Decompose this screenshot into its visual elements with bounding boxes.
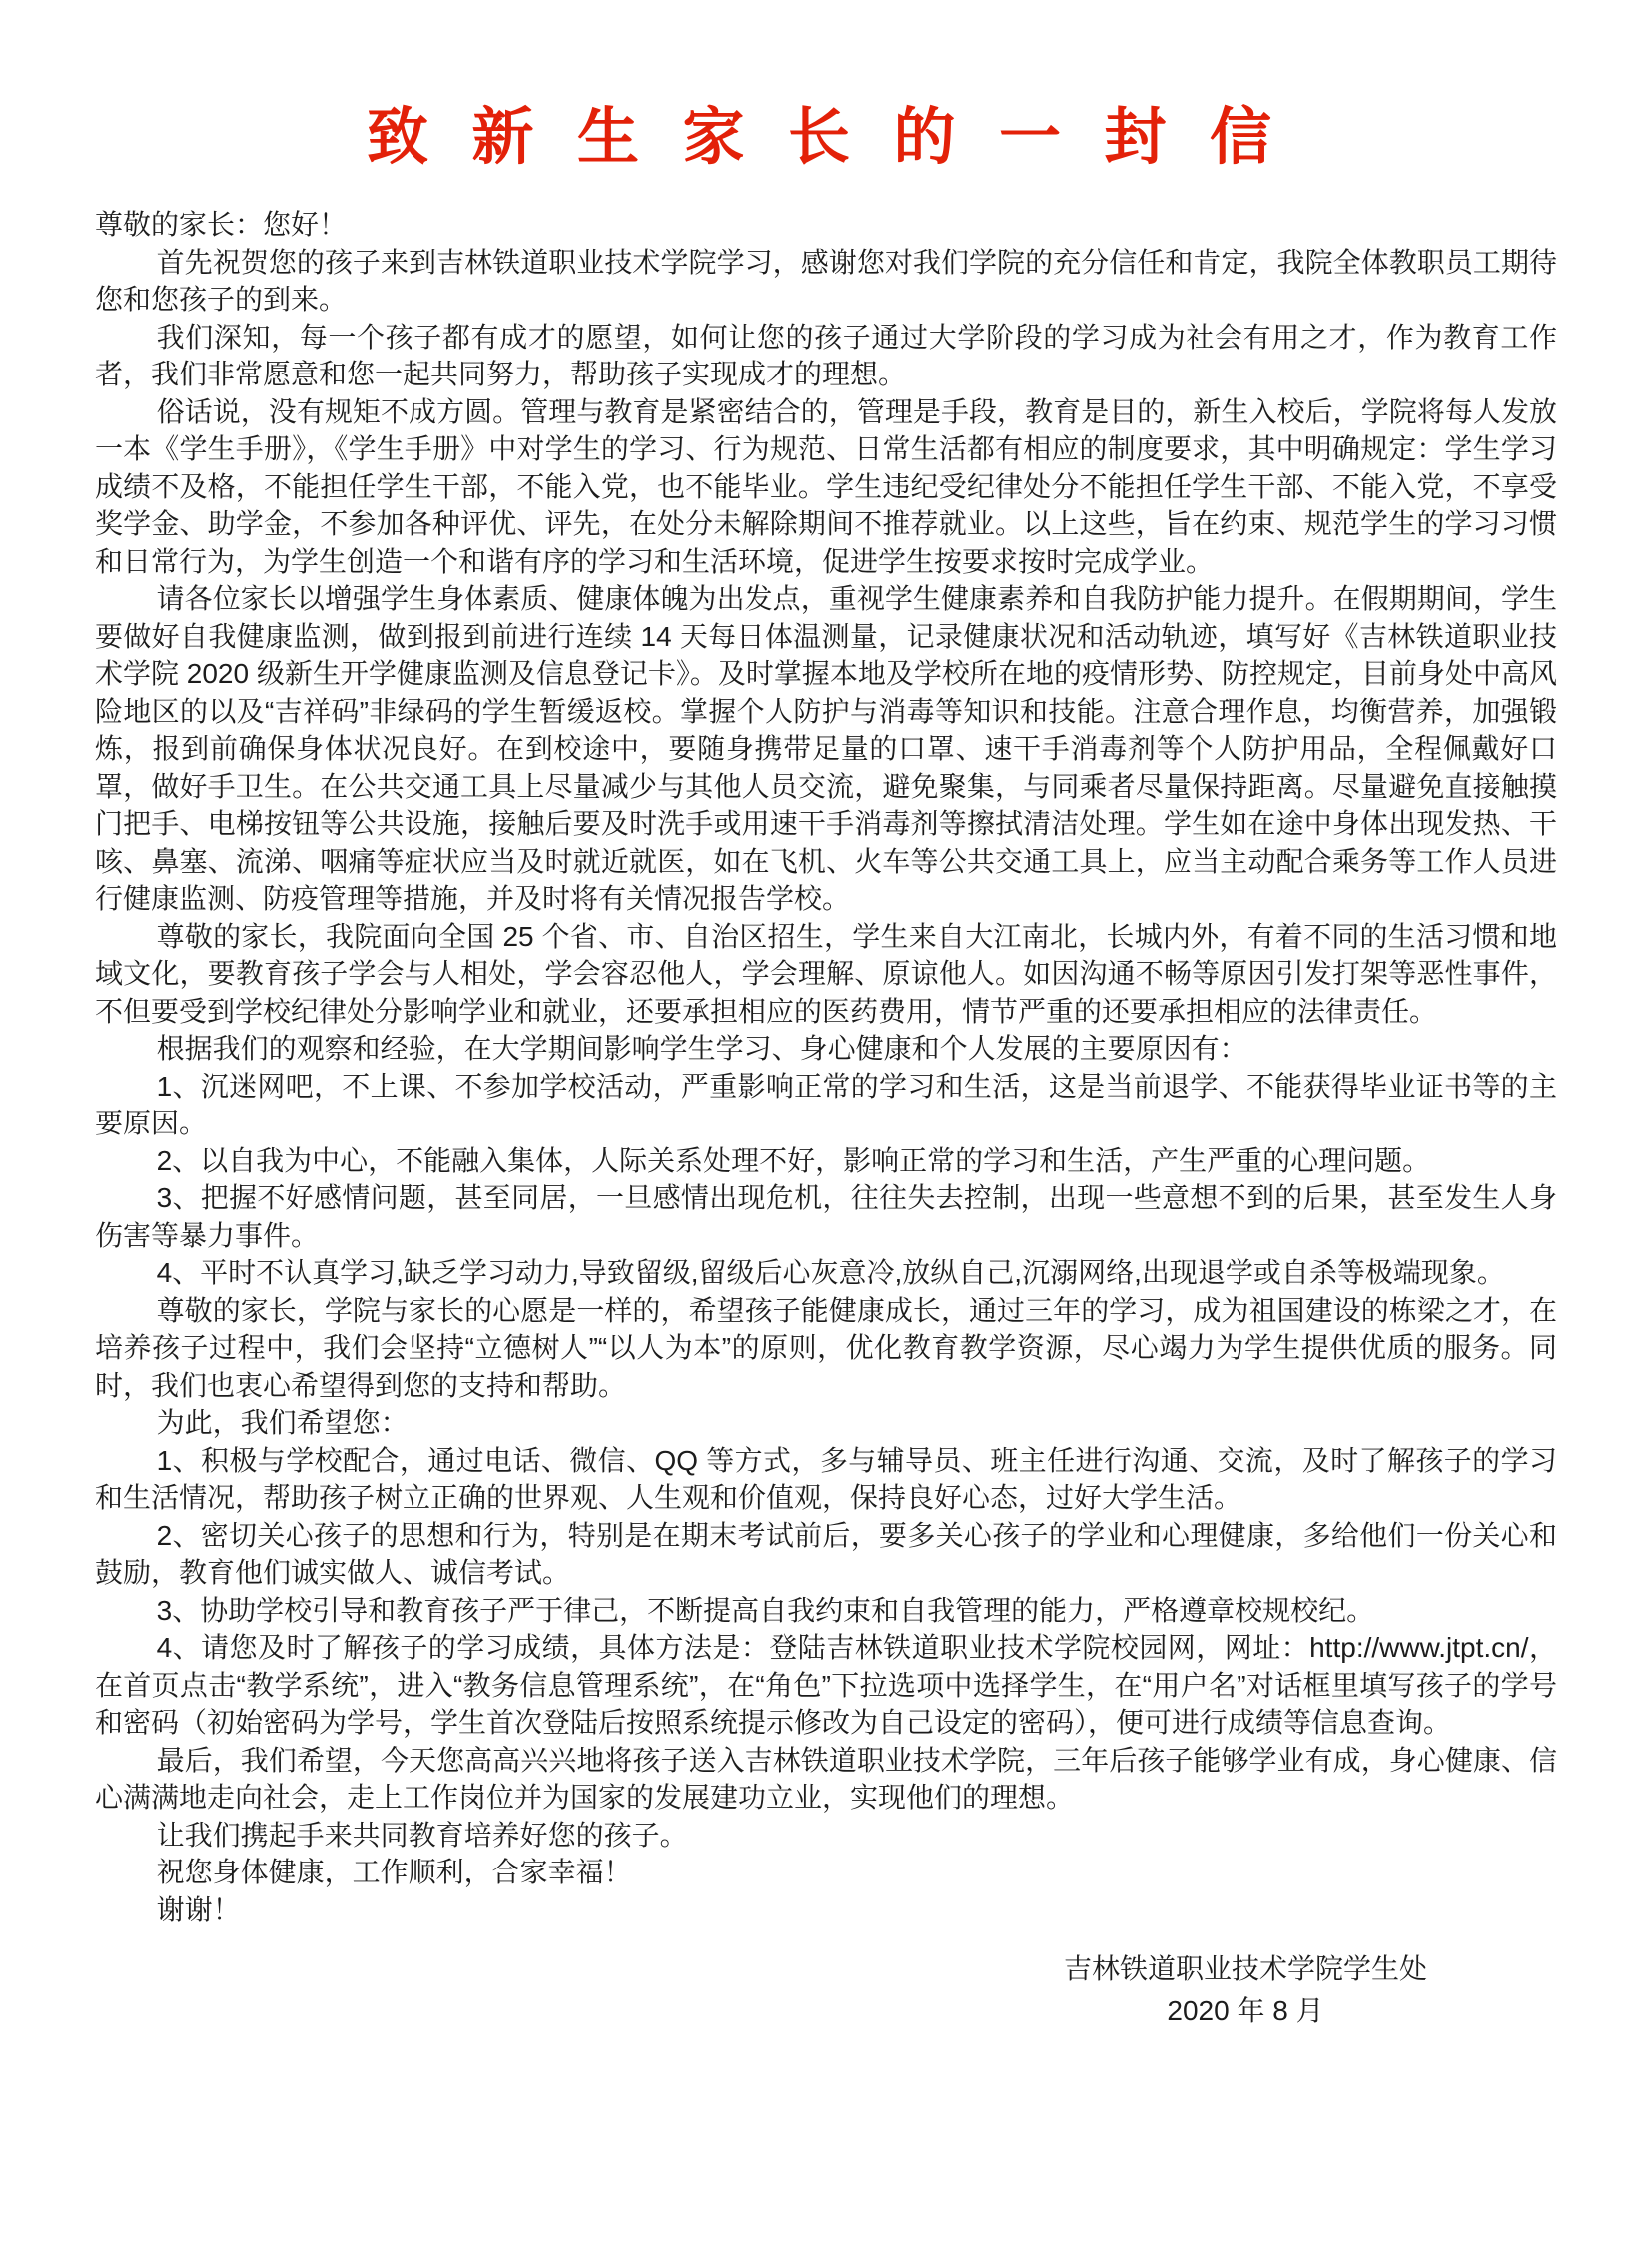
letter-body: 尊敬的家长：您好！ 首先祝贺您的孩子来到吉林铁道职业技术学院学习，感谢您对我们学… (95, 206, 1557, 2032)
letter-numbered-item: 4、平时不认真学习,缺乏学习动力,导致留级,留级后心灰意冷,放纵自己,沉溺网络,… (95, 1254, 1557, 1292)
signature-date: 2020 年 8 月 (1064, 1990, 1427, 2032)
letter-paragraph: 我们深知，每一个孩子都有成才的愿望，如何让您的孩子通过大学阶段的学习成为社会有用… (95, 319, 1557, 393)
letter-page: 致 新 生 家 长 的 一 封 信 尊敬的家长：您好！ 首先祝贺您的孩子来到吉林… (0, 0, 1652, 2242)
letter-paragraph: 最后，我们希望，今天您高高兴兴地将孩子送入吉林铁道职业技术学院，三年后孩子能够学… (95, 1742, 1557, 1817)
letter-paragraph: 尊敬的家长，我院面向全国 25 个省、市、自治区招生，学生来自大江南北，长城内外… (95, 918, 1557, 1031)
letter-paragraph: 让我们携起手来共同教育培养好您的孩子。 (95, 1817, 1557, 1855)
letter-numbered-item: 4、请您及时了解孩子的学习成绩，具体方法是：登陆吉林铁道职业技术学院校园网，网址… (95, 1629, 1557, 1742)
letter-title: 致 新 生 家 长 的 一 封 信 (95, 98, 1557, 178)
letter-paragraph: 尊敬的家长，学院与家长的心愿是一样的，希望孩子能健康成长，通过三年的学习，成为祖… (95, 1292, 1557, 1405)
letter-numbered-item: 2、密切关心孩子的思想和行为，特别是在期末考试前后，要多关心孩子的学业和心理健康… (95, 1517, 1557, 1592)
letter-numbered-item: 2、以自我为中心，不能融入集体，人际关系处理不好，影响正常的学习和生活，产生严重… (95, 1142, 1557, 1180)
letter-paragraph: 祝您身体健康，工作顺利，合家幸福！ (95, 1854, 1557, 1891)
letter-paragraph: 为此，我们希望您： (95, 1404, 1557, 1442)
letter-numbered-item: 1、沉迷网吧，不上课、不参加学校活动，严重影响正常的学习和生活，这是当前退学、不… (95, 1068, 1557, 1142)
signature-block: 吉林铁道职业技术学院学生处 2020 年 8 月 (1064, 1948, 1427, 2032)
letter-paragraph: 根据我们的观察和经验，在大学期间影响学生学习、身心健康和个人发展的主要原因有： (95, 1030, 1557, 1068)
letter-paragraph: 俗话说，没有规矩不成方圆。管理与教育是紧密结合的，管理是手段，教育是目的，新生入… (95, 393, 1557, 581)
signature-org: 吉林铁道职业技术学院学生处 (1064, 1948, 1427, 1990)
letter-numbered-item: 3、协助学校引导和教育孩子严于律己，不断提高自我约束和自我管理的能力，严格遵章校… (95, 1592, 1557, 1630)
letter-numbered-item: 1、积极与学校配合，通过电话、微信、QQ 等方式，多与辅导员、班主任进行沟通、交… (95, 1442, 1557, 1517)
letter-paragraph: 首先祝贺您的孩子来到吉林铁道职业技术学院学习，感谢您对我们学院的充分信任和肯定，… (95, 244, 1557, 319)
salutation: 尊敬的家长：您好！ (95, 206, 1557, 244)
letter-numbered-item: 3、把握不好感情问题，甚至同居，一旦感情出现危机，往往失去控制，出现一些意想不到… (95, 1179, 1557, 1254)
letter-paragraph: 请各位家长以增强学生身体素质、健康体魄为出发点，重视学生健康素养和自我防护能力提… (95, 580, 1557, 918)
letter-closing-thanks: 谢谢！ (95, 1891, 1557, 1929)
